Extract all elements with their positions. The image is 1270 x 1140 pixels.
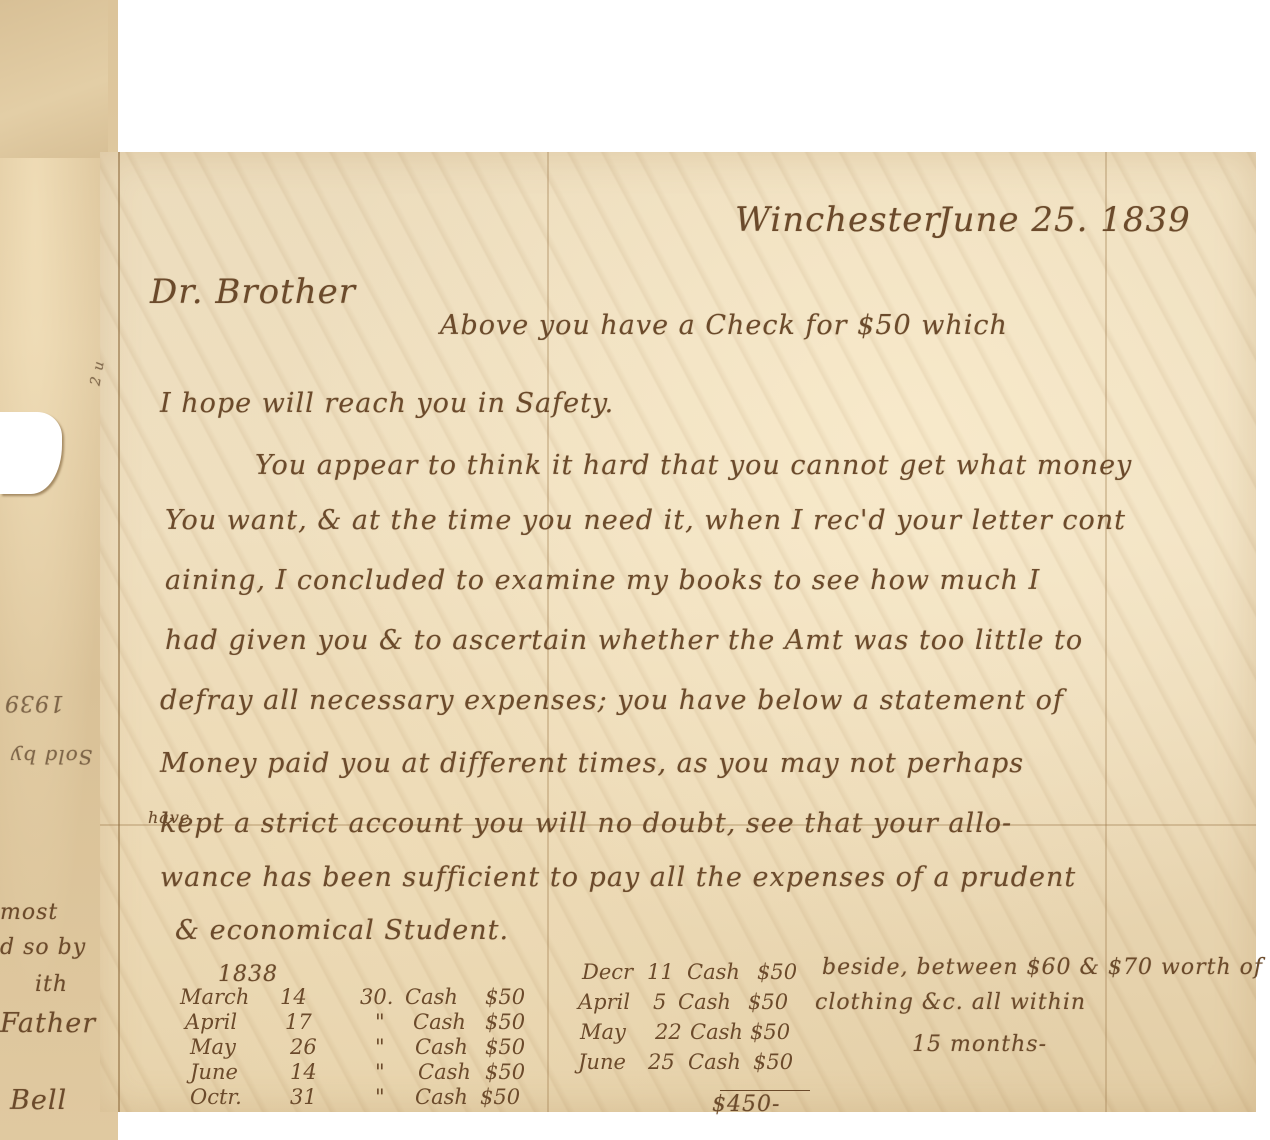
ledger-day: 17	[285, 1010, 312, 1034]
ledger-ditto: "	[375, 1010, 385, 1034]
letter-date: June 25. 1839	[938, 200, 1191, 240]
flap-fragment: ith	[35, 972, 68, 997]
ledger-item: Cash	[678, 990, 731, 1014]
ledger-amount: $50	[757, 960, 797, 984]
ledger-amount: $50	[485, 1010, 525, 1034]
ledger-item: Cash	[413, 1010, 466, 1034]
ledger-ditto: "	[375, 1035, 385, 1059]
ledger-item: Cash	[418, 1060, 471, 1084]
ledger-ditto: 30.	[360, 985, 393, 1009]
ledger-month: May	[580, 1020, 626, 1044]
ledger-day: 22	[655, 1020, 682, 1044]
flap-fragment: Father	[0, 1008, 96, 1039]
ledger-item: Cash	[415, 1035, 468, 1059]
ledger-amount: $50	[750, 1020, 790, 1044]
ledger-total-rule	[720, 1090, 810, 1091]
ledger-item: Cash	[405, 985, 458, 1009]
ledger-ditto: "	[375, 1085, 385, 1109]
body-line: kept a strict account you will no doubt,…	[160, 808, 1012, 839]
ledger-month: March	[180, 985, 249, 1009]
ledger-amount: $50	[480, 1085, 520, 1109]
ledger-item: Cash	[688, 1050, 741, 1074]
ledger-ditto: "	[375, 1060, 385, 1084]
flap-fragment: d so by	[0, 935, 86, 960]
note-line: 15 months-	[912, 1032, 1047, 1057]
ledger-month: May	[190, 1035, 236, 1059]
ledger-item: Cash	[687, 960, 740, 984]
body-line: I hope will reach you in Safety.	[160, 388, 614, 419]
flap-fragment: Bell	[10, 1085, 67, 1116]
ledger-day: 26	[290, 1035, 317, 1059]
letter-place: Winchester	[735, 200, 941, 240]
body-line: defray all necessary expenses; you have …	[160, 685, 1064, 716]
ledger-item: Cash	[690, 1020, 743, 1044]
letter-back-flap-top	[0, 0, 108, 158]
ledger-amount: $50	[485, 1060, 525, 1084]
ledger-amount: $50	[485, 985, 525, 1009]
body-line: Money paid you at different times, as yo…	[160, 748, 1024, 779]
ledger-day: 14	[280, 985, 307, 1009]
salutation: Dr. Brother	[150, 272, 356, 312]
ledger-amount: $50	[485, 1035, 525, 1059]
ledger-year: 1838	[218, 962, 278, 987]
ledger-total: $450-	[712, 1092, 780, 1117]
ledger-month: April	[578, 990, 630, 1014]
flap-fragment: most	[0, 900, 58, 925]
ledger-amount: $50	[753, 1050, 793, 1074]
ledger-day: 31	[290, 1085, 317, 1109]
ledger-month: Octr.	[190, 1085, 242, 1109]
ledger-item: Cash	[415, 1085, 468, 1109]
ledger-amount: $50	[748, 990, 788, 1014]
fold-edge	[118, 152, 120, 1112]
body-line: had given you & to ascertain whether the…	[165, 625, 1083, 656]
flap-pencil-note: Sold by	[10, 745, 92, 769]
ledger-month: June	[190, 1060, 238, 1084]
body-line: & economical Student.	[175, 915, 509, 946]
ledger-day: 25	[648, 1050, 675, 1074]
ledger-month: June	[578, 1050, 626, 1074]
flap-pencil-year: 1939	[4, 690, 64, 715]
ledger-month: Decr	[582, 960, 633, 984]
note-line: clothing &c. all within	[815, 990, 1086, 1015]
body-line: aining, I concluded to examine my books …	[165, 565, 1040, 596]
note-line: beside, between $60 & $70 worth of	[822, 955, 1263, 980]
ledger-day: 14	[290, 1060, 317, 1084]
body-line: You appear to think it hard that you can…	[255, 450, 1132, 481]
body-line: wance has been sufficient to pay all the…	[160, 862, 1076, 893]
ledger-day: 11	[647, 960, 674, 984]
ledger-month: April	[185, 1010, 237, 1034]
ledger-day: 5	[653, 990, 666, 1014]
body-line: Above you have a Check for $50 which	[440, 310, 1008, 341]
body-line: You want, & at the time you need it, whe…	[165, 505, 1126, 536]
